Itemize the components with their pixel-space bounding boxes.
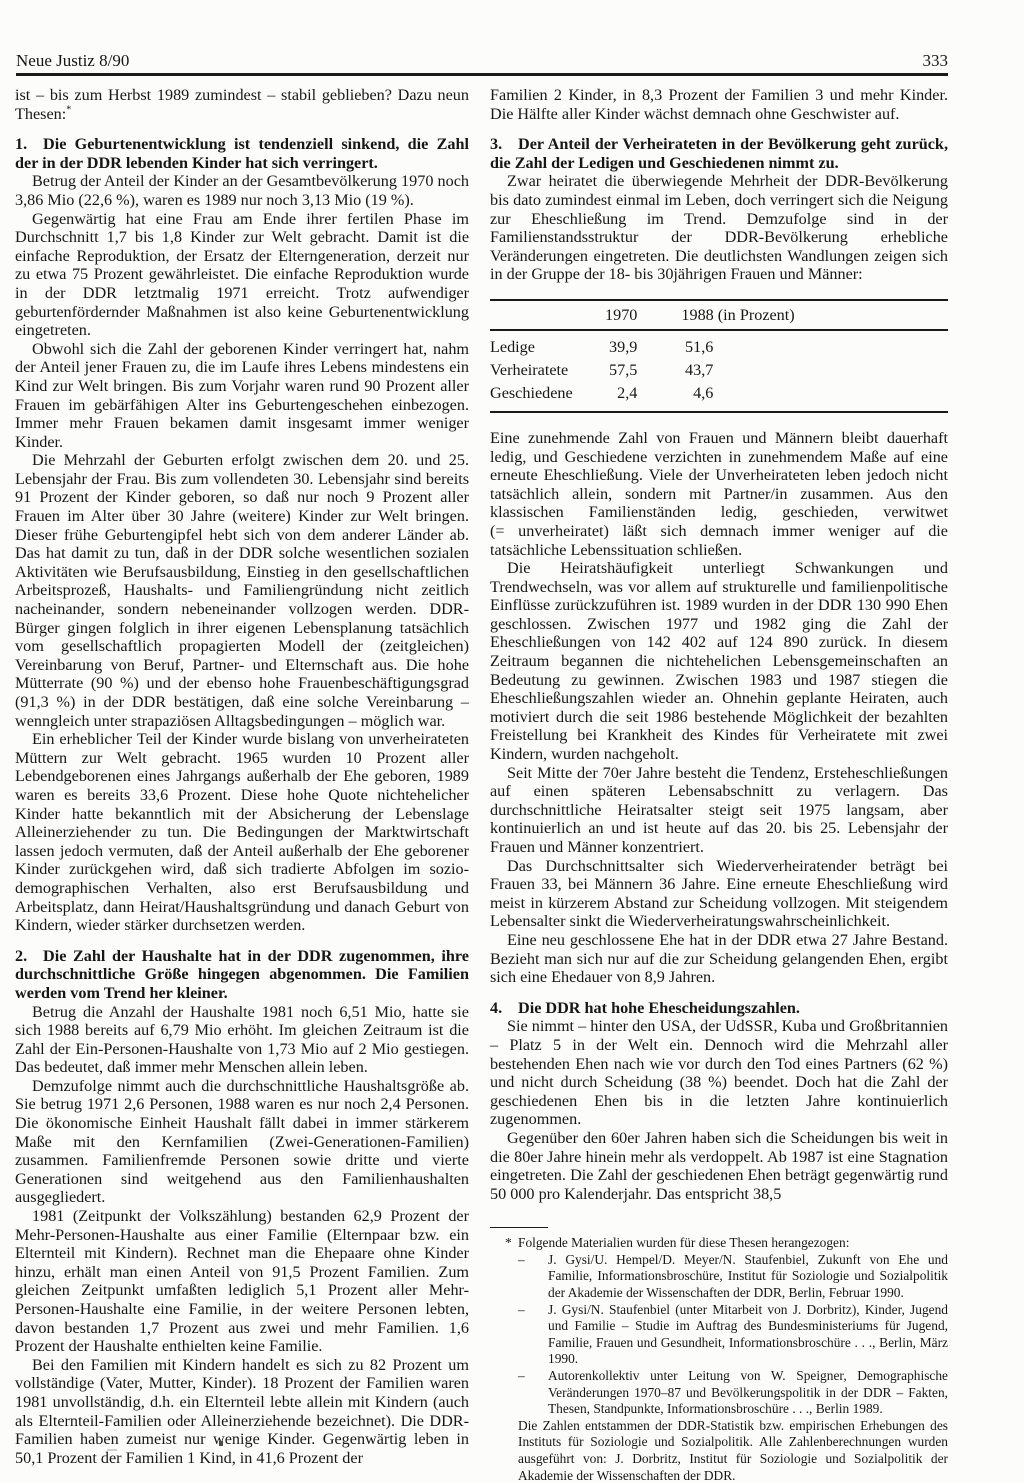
section-heading-4: 4.Die DDR hat hohe Ehescheidungszahlen. — [490, 999, 948, 1018]
table-header-row: 1970 1988 (in Prozent) — [490, 300, 948, 330]
footnote-item: –J. Gysi/U. Hempel/D. Meyer/N. Staufenbi… — [490, 1252, 948, 1302]
paragraph: Ein erheblicher Teil der Kinder wurde bi… — [15, 730, 469, 935]
value-1970: 39,9 — [605, 330, 637, 359]
table-row: Ledige 39,9 51,6 — [490, 330, 948, 359]
footnote-item-text: J. Gysi/U. Hempel/D. Meyer/N. Staufenbie… — [548, 1252, 948, 1300]
paragraph: Bei den Familien mit Kindern handelt es … — [15, 1356, 469, 1468]
column-header-1970: 1970 — [605, 300, 637, 330]
paragraph: Obwohl sich die Zahl der geborenen Kinde… — [15, 340, 469, 452]
footnote-reference: * — [66, 104, 71, 115]
section-number: 4. — [490, 999, 518, 1018]
footnote-item-text: Autorenkollektiv unter Leitung von W. Sp… — [548, 1368, 948, 1416]
section-title: Die Zahl der Haushalte hat in der DDR zu… — [15, 947, 469, 1002]
page-number: 333 — [923, 51, 949, 70]
paragraph: Sie nimmt – hinter den USA, der UdSSR, K… — [490, 1017, 948, 1129]
section-number: 2. — [15, 947, 43, 966]
page-header: Neue Justiz 8/90 333 — [16, 51, 948, 70]
dash-bullet: – — [518, 1252, 548, 1269]
journal-page: { "header": { "journal": "Neue Justiz 8/… — [0, 0, 1024, 1483]
section-number: 1. — [15, 135, 43, 154]
filler-cell — [713, 330, 948, 359]
section-heading-2: 2.Die Zahl der Haushalte hat in der DDR … — [15, 947, 469, 1003]
intro-text: ist – bis zum Herbst 1989 zumindest – st… — [15, 86, 469, 123]
footnote-intro-text: Folgende Materialien wurden für diese Th… — [518, 1235, 849, 1250]
intro-paragraph: ist – bis zum Herbst 1989 zumindest – st… — [15, 86, 469, 123]
row-label: Verheiratete — [490, 359, 605, 382]
paragraph: Eine zunehmende Zahl von Frauen und Männ… — [490, 429, 948, 559]
dash-bullet: – — [518, 1302, 548, 1319]
column-header-1988: 1988 (in Prozent) — [637, 300, 948, 330]
footnote-block: *Folgende Materialien wurden für diese T… — [490, 1227, 948, 1483]
paragraph: Zwar heiratet die überwiegende Mehrheit … — [490, 172, 948, 284]
paragraph: Betrug der Anteil der Kinder an der Gesa… — [15, 172, 469, 209]
footnote-item: –J. Gysi/N. Staufenbiel (unter Mitarbeit… — [490, 1302, 948, 1368]
value-1970: 57,5 — [605, 359, 637, 382]
dash-bullet: – — [518, 1368, 548, 1385]
left-column: ist – bis zum Herbst 1989 zumindest – st… — [15, 86, 469, 1467]
paragraph: Die Mehrzahl der Geburten erfolgt zwisch… — [15, 451, 469, 730]
footnote-item: –Autorenkollektiv unter Leitung von W. S… — [490, 1368, 948, 1418]
empty-header-cell — [490, 300, 605, 330]
section-number: 3. — [490, 135, 518, 154]
marital-status-table: 1970 1988 (in Prozent) Ledige 39,9 51,6 … — [490, 299, 948, 413]
filler-cell — [713, 359, 948, 382]
scan-artifact — [219, 1441, 223, 1446]
value-1988: 51,6 — [637, 330, 713, 359]
journal-title: Neue Justiz 8/90 — [16, 51, 129, 70]
value-1988: 4,6 — [637, 382, 713, 412]
footnote-rule — [490, 1227, 548, 1228]
value-1970: 2,4 — [605, 382, 637, 412]
paragraph: Das Durchschnittsalter sich Wiederverhei… — [490, 857, 948, 931]
row-label: Geschiedene — [490, 382, 605, 412]
scan-artifact — [107, 1449, 117, 1451]
footnote-intro: *Folgende Materialien wurden für diese T… — [490, 1235, 948, 1252]
section-heading-1: 1.Die Geburtenentwicklung ist tendenziel… — [15, 135, 469, 172]
section-title: Die Geburtenentwicklung ist tendenziell … — [15, 135, 469, 172]
section-title: Der Anteil der Verheirateten in der Bevö… — [490, 135, 948, 172]
table-row: Geschiedene 2,4 4,6 — [490, 382, 948, 412]
paragraph: Demzufolge nimmt auch die durchschnittli… — [15, 1077, 469, 1207]
table-row: Verheiratete 57,5 43,7 — [490, 359, 948, 382]
paragraph: Eine neu geschlossene Ehe hat in der DDR… — [490, 931, 948, 987]
filler-cell — [713, 382, 948, 412]
paragraph: 1981 (Zeitpunkt der Volkszählung) bestan… — [15, 1207, 469, 1356]
continued-paragraph: Familien 2 Kinder, in 8,3 Prozent der Fa… — [490, 86, 948, 123]
paragraph: Betrug die Anzahl der Haushalte 1981 noc… — [15, 1003, 469, 1077]
header-rule — [16, 73, 948, 76]
footnote-marker: * — [505, 1235, 518, 1252]
section-title: Die DDR hat hohe Ehescheidungszahlen. — [518, 999, 800, 1017]
footnote-item-text: J. Gysi/N. Staufenbiel (unter Mitarbeit … — [548, 1302, 948, 1367]
paragraph: Gegenwärtig hat eine Frau am Ende ihrer … — [15, 210, 469, 340]
value-1988: 43,7 — [637, 359, 713, 382]
paragraph: Seit Mitte der 70er Jahre besteht die Te… — [490, 764, 948, 857]
paragraph: Die Heiratshäufigkeit unterliegt Schwank… — [490, 559, 948, 764]
right-column: Familien 2 Kinder, in 8,3 Prozent der Fa… — [490, 86, 948, 1483]
footnote-closing: Die Zahlen entstammen der DDR-Statistik … — [490, 1418, 948, 1483]
section-heading-3: 3.Der Anteil der Verheirateten in der Be… — [490, 135, 948, 172]
paragraph: Gegenüber den 60er Jahren haben sich die… — [490, 1129, 948, 1203]
row-label: Ledige — [490, 330, 605, 359]
